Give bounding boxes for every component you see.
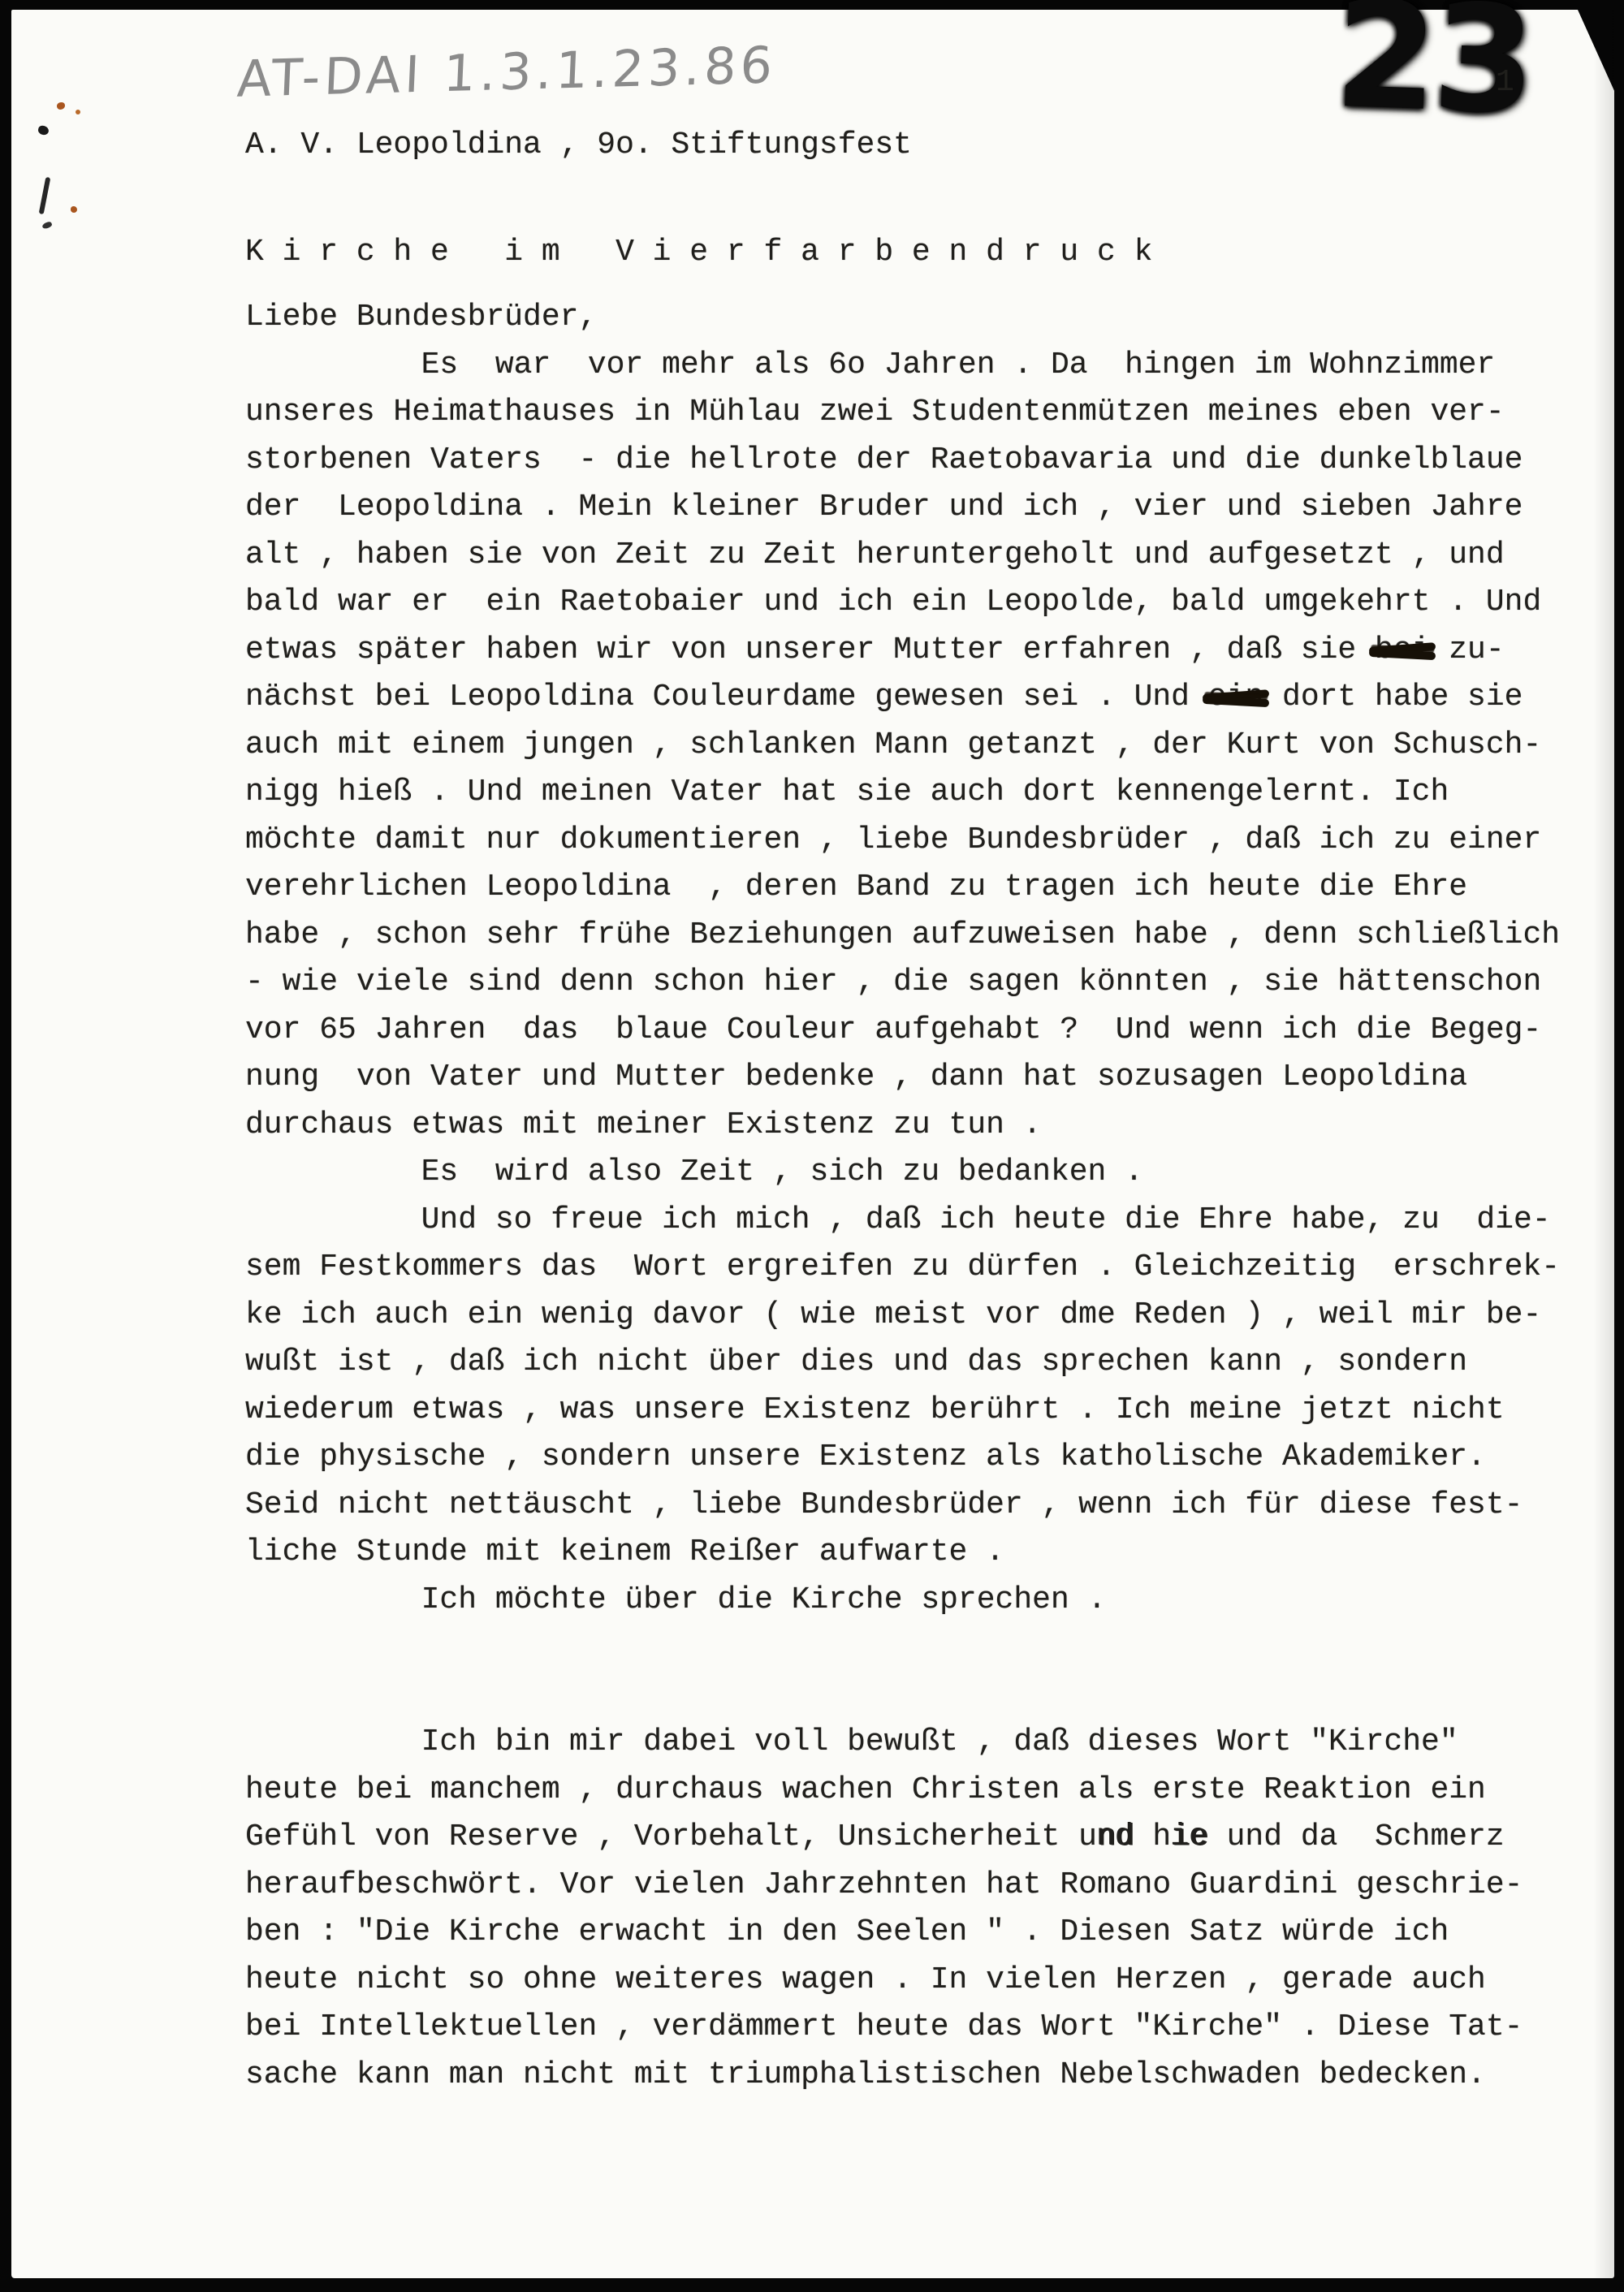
typed-line: bald war er ein Raetobaier und ich ein L… [245,579,1593,627]
typed-line: Es wird also Zeit , sich zu bedanken . [245,1149,1593,1197]
document-page: AT-DAI 1.3.1.23.86 23 1 A. V. Leopoldina… [11,10,1614,2278]
crossed-out-word: bei [1375,627,1430,675]
typed-line: nigg hieß . Und meinen Vater hat sie auc… [245,769,1593,817]
typed-line: bei Intellektuellen , verdämmert heute d… [245,2004,1593,2052]
typed-line: heute bei manchem , durchaus wachen Chri… [245,1767,1593,1815]
typed-line: alt , haben sie von Zeit zu Zeit herunte… [245,532,1593,580]
typed-line: heraufbeschwört. Vor vielen Jahrzehnten … [245,1862,1593,1910]
typed-line: etwas später haben wir von unserer Mutte… [245,627,1593,675]
typed-line: die physische , sondern unsere Existenz … [245,1434,1593,1482]
typed-line: nung von Vater und Mutter bedenke , dann… [245,1054,1593,1102]
typed-line: durchaus etwas mit meiner Existenz zu tu… [245,1102,1593,1150]
typed-line: storbenen Vaters - die hellrote der Raet… [245,437,1593,485]
typed-line: sache kann man nicht mit triumphalistisc… [245,2052,1593,2100]
typed-line: - wie viele sind denn schon hier , die s… [245,959,1593,1007]
ink-speck [37,125,50,136]
typed-line: Ich bin mir dabei voll bewußt , daß dies… [245,1719,1593,1767]
rust-speck [57,102,65,110]
typed-body: Liebe Bundesbrüder,Es war vor mehr als 6… [245,294,1593,2099]
typed-line: Gefühl von Reserve , Vorbehalt, Unsicher… [245,1814,1593,1862]
pen-stroke-mark [39,177,51,214]
typed-line: wiederum etwas , was unsere Existenz ber… [245,1387,1593,1435]
typed-line: möchte damit nur dokumentieren , liebe B… [245,817,1593,865]
crossed-out-word: ein [1208,674,1263,722]
typed-line: der Leopoldina . Mein kleiner Bruder und… [245,484,1593,532]
document-title: A. V. Leopoldina , 9o. Stiftungsfest [245,122,912,170]
overtyped-text: ie [1171,1819,1208,1854]
typed-line: nächst bei Leopoldina Couleurdame gewese… [245,674,1593,722]
typed-line: habe , schon sehr frühe Beziehungen aufz… [245,912,1593,960]
typed-line: Liebe Bundesbrüder, [245,294,1593,342]
document-scan: AT-DAI 1.3.1.23.86 23 1 A. V. Leopoldina… [0,0,1624,2292]
overtyped-text: nd [1097,1819,1134,1854]
typed-line: Es war vor mehr als 6o Jahren . Da hinge… [245,342,1593,390]
typed-line: unseres Heimathauses in Mühlau zwei Stud… [245,389,1593,437]
handwritten-archival-code: AT-DAI 1.3.1.23.86 [236,35,778,108]
typed-line: sem Festkommers das Wort ergreifen zu dü… [245,1244,1593,1292]
ink-speck [41,221,53,230]
typed-page-number: 1 [1496,65,1514,100]
typed-line: vor 65 Jahren das blaue Couleur aufgehab… [245,1007,1593,1055]
typed-line: Ich möchte über die Kirche sprechen . [245,1577,1593,1625]
scan-corner-cut [1578,10,1615,93]
typed-line: heute nicht so ohne weiteres wagen . In … [245,1957,1593,2005]
document-heading: K i r c h e i m V i e r f a r b e n d r … [245,229,1152,277]
rust-speck [71,206,77,213]
typed-line: wußt ist , daß ich nicht über dies und d… [245,1339,1593,1387]
typed-line: liche Stunde mit keinem Reißer aufwarte … [245,1529,1593,1577]
typed-line: ben : "Die Kirche erwacht in den Seelen … [245,1909,1593,1957]
typed-line: ke ich auch ein wenig davor ( wie meist … [245,1292,1593,1340]
rust-speck [76,110,80,114]
typed-line: Und so freue ich mich , daß ich heute di… [245,1197,1593,1245]
typed-line: auch mit einem jungen , schlanken Mann g… [245,722,1593,770]
typed-line: verehrlichen Leopoldina , deren Band zu … [245,864,1593,912]
typed-line: Seid nicht nettäuscht , liebe Bundesbrüd… [245,1482,1593,1530]
